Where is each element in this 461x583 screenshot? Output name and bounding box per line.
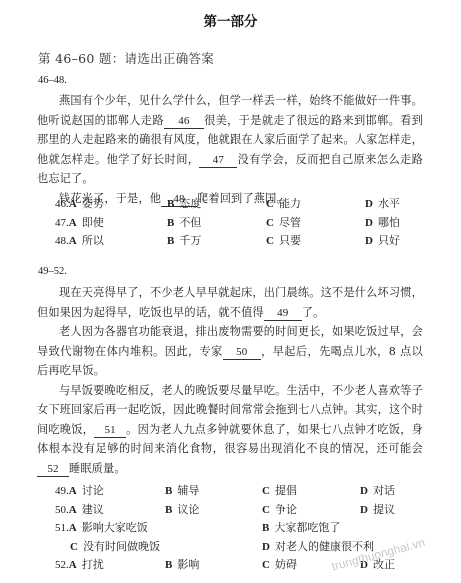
question-number: 52.	[55, 559, 69, 571]
option-47-a[interactable]: 47.A即使	[55, 214, 104, 230]
option-letter: D	[360, 504, 368, 516]
option-52-a[interactable]: 52.A打扰	[55, 556, 104, 572]
option-text: 对老人的健康很不利	[275, 540, 374, 553]
question-number: 46.	[55, 198, 69, 210]
exam-page: 第一部分 第 46–60 题：请选出正确答案 46–48. 燕国有个少年，见什么…	[0, 0, 461, 583]
option-text: 提倡	[275, 484, 297, 497]
question-number: 47.	[55, 217, 69, 229]
option-48-b[interactable]: B千万	[167, 232, 201, 248]
option-49-b[interactable]: B辅导	[165, 482, 199, 498]
question-row-50: 50.A建议 B议论 C争论 D提议	[55, 501, 435, 520]
option-48-a[interactable]: 48.A所以	[55, 232, 104, 248]
option-text: 哪怕	[378, 216, 400, 229]
option-46-c[interactable]: C能力	[266, 195, 301, 211]
option-letter: C	[262, 559, 270, 571]
page-title: 第一部分	[0, 10, 461, 30]
option-text: 对话	[373, 484, 395, 497]
option-47-b[interactable]: B不但	[167, 214, 201, 230]
question-row-47: 47.A即使 B不但 C尽管 D哪怕	[55, 214, 435, 233]
question-number: 51.	[55, 522, 69, 534]
option-46-b[interactable]: B态度	[167, 195, 201, 211]
option-letter: A	[69, 198, 77, 210]
option-text: 提议	[373, 503, 395, 516]
option-48-d[interactable]: D只好	[365, 232, 400, 248]
option-51-b[interactable]: B大家都吃饱了	[262, 519, 340, 535]
option-letter: C	[266, 235, 274, 247]
option-49-a[interactable]: 49.A讨论	[55, 482, 104, 498]
option-text: 议论	[177, 503, 199, 516]
option-text: 没有时间做晚饭	[83, 540, 160, 553]
option-51-c[interactable]: C没有时间做晚饭	[70, 538, 160, 554]
option-text: 即使	[82, 216, 104, 229]
question-row-51-ab: 51.A影响大家吃饭 B大家都吃饱了	[55, 519, 435, 538]
option-letter: A	[69, 522, 77, 534]
option-text: 水平	[378, 197, 400, 210]
question-row-49: 49.A讨论 B辅导 C提倡 D对话	[55, 482, 435, 501]
option-50-b[interactable]: B议论	[165, 501, 199, 517]
blank-49: 49	[264, 306, 302, 321]
option-letter: A	[69, 235, 77, 247]
option-letter: B	[167, 198, 174, 210]
blank-50: 50	[223, 345, 261, 360]
option-text: 讨论	[82, 484, 104, 497]
option-text: 只要	[279, 234, 301, 247]
option-text: 千万	[179, 234, 201, 247]
option-text: 只好	[378, 234, 400, 247]
passage-paragraph: 现在天亮得早了，不少老人早早就起床，出门晨练。这不是什么坏习惯，但如果因为起得早…	[37, 283, 423, 322]
option-text: 争论	[275, 503, 297, 516]
option-52-b[interactable]: B影响	[165, 556, 199, 572]
passage-text: 了。	[302, 306, 325, 319]
option-letter: C	[70, 541, 78, 553]
option-text: 建议	[82, 503, 104, 516]
option-text: 妨碍	[275, 558, 297, 571]
option-47-c[interactable]: C尽管	[266, 214, 301, 230]
question-number: 49.	[55, 485, 69, 497]
passage-text: 现在天亮得早了，不少老人早早就起床，出门晨练。这不是什么坏习惯，但如果因为起得早…	[37, 286, 423, 319]
option-letter: A	[69, 485, 77, 497]
question-row-48: 48.A所以 B千万 C只要 D只好	[55, 232, 435, 251]
blank-51: 51	[94, 423, 126, 438]
option-letter: D	[262, 541, 270, 553]
option-letter: A	[69, 559, 77, 571]
option-51-a[interactable]: 51.A影响大家吃饭	[55, 519, 148, 535]
option-text: 姿势	[82, 197, 104, 210]
option-49-c[interactable]: C提倡	[262, 482, 297, 498]
option-letter: A	[69, 504, 77, 516]
instruction-heading: 第 46–60 题：请选出正确答案	[38, 49, 214, 67]
passage-text: 睡眠质量。	[69, 462, 126, 475]
option-letter: D	[365, 235, 373, 247]
passage-46-48: 燕国有个少年，见什么学什么，但学一样丢一样，始终不能做好一件事。他听说赵国的邯郸…	[37, 91, 423, 208]
option-letter: B	[165, 485, 172, 497]
option-letter: C	[266, 198, 274, 210]
option-46-a[interactable]: 46.A姿势	[55, 195, 104, 211]
option-46-d[interactable]: D水平	[365, 195, 400, 211]
option-48-c[interactable]: C只要	[266, 232, 301, 248]
options-46-48: 46.A姿势 B态度 C能力 D水平 47.A即使 B不但 C尽管 D哪怕 48…	[55, 195, 435, 251]
option-49-d[interactable]: D对话	[360, 482, 395, 498]
option-text: 能力	[279, 197, 301, 210]
option-text: 影响大家吃饭	[82, 521, 148, 534]
blank-47: 47	[199, 153, 237, 168]
blank-52: 52	[37, 462, 69, 477]
passage-paragraph: 燕国有个少年，见什么学什么，但学一样丢一样，始终不能做好一件事。他听说赵国的邯郸…	[37, 91, 423, 189]
option-text: 不但	[179, 216, 201, 229]
option-text: 辅导	[177, 484, 199, 497]
option-letter: D	[365, 217, 373, 229]
option-50-a[interactable]: 50.A建议	[55, 501, 104, 517]
option-text: 态度	[179, 197, 201, 210]
section-label-46-48: 46–48.	[38, 75, 67, 86]
option-letter: B	[167, 235, 174, 247]
option-letter: C	[266, 217, 274, 229]
option-52-c[interactable]: C妨碍	[262, 556, 297, 572]
passage-paragraph: 老人因为各器官功能衰退，排出废物需要的时间更长，如果吃饭过早，会导致代谢物在体内…	[37, 322, 423, 381]
question-number: 50.	[55, 504, 69, 516]
question-number: 48.	[55, 235, 69, 247]
option-letter: D	[360, 485, 368, 497]
option-text: 所以	[82, 234, 104, 247]
section-label-49-52: 49–52.	[38, 266, 67, 277]
question-row-46: 46.A姿势 B态度 C能力 D水平	[55, 195, 435, 214]
option-47-d[interactable]: D哪怕	[365, 214, 400, 230]
option-text: 大家都吃饱了	[274, 521, 340, 534]
option-letter: B	[262, 522, 269, 534]
blank-46: 46	[164, 114, 204, 129]
option-50-d[interactable]: D提议	[360, 501, 395, 517]
option-50-c[interactable]: C争论	[262, 501, 297, 517]
option-letter: D	[365, 198, 373, 210]
option-51-d[interactable]: D对老人的健康很不利	[262, 538, 374, 554]
option-text: 尽管	[279, 216, 301, 229]
option-letter: A	[69, 217, 77, 229]
option-letter: B	[165, 504, 172, 516]
option-letter: B	[167, 217, 174, 229]
option-letter: C	[262, 504, 270, 516]
option-text: 影响	[177, 558, 199, 571]
option-letter: B	[165, 559, 172, 571]
passage-paragraph: 与早饭要晚吃相反，老人的晚饭要尽量早吃。生活中，不少老人喜欢等子女下班回家后再一…	[37, 381, 423, 479]
option-letter: C	[262, 485, 270, 497]
passage-49-52: 现在天亮得早了，不少老人早早就起床，出门晨练。这不是什么坏习惯，但如果因为起得早…	[37, 283, 423, 478]
option-text: 打扰	[82, 558, 104, 571]
